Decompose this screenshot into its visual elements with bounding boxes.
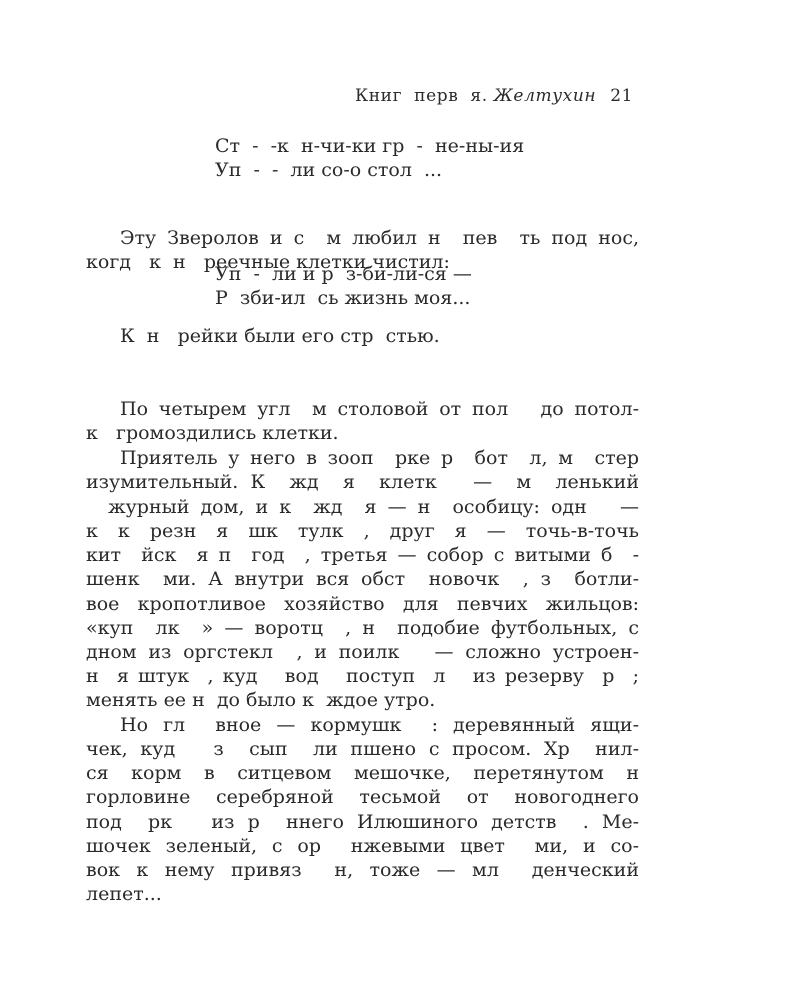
paragraph-line: лепет... [86,882,162,906]
paragraph-line: вок к нему привяз н, тоже — мл денческий [86,858,639,882]
paragraph-line: н я штук , куд вод поступ л из резерву р… [86,664,639,688]
book-label: Книг перв я. [355,86,494,106]
paragraph-line: изумительный. К жд я клетк — м ленький [86,470,639,494]
paragraph-line: к громоздились клетки. [86,421,339,445]
paragraph-line: К н рейки были его стр стью. [120,324,440,348]
paragraph-line: «куп лк » — воротц , н подобие футбольны… [86,616,639,640]
paragraph-line: вое кропотливое хозяйство для певчих жил… [86,592,639,616]
paragraph-line: менять ее н до было к ждое утро. [86,688,435,712]
verse-line: Р зби-ил сь жизнь моя... [215,286,470,310]
paragraph-line: По четырем угл м столовой от пол до пото… [120,397,639,421]
paragraph-line: Но гл вное — кормушк : деревянный ящи- [120,713,639,737]
verse-line: Уп - ли и р з-би-ли-ся — [215,262,472,286]
paragraph-line: ся корм в ситцевом мешочке, перетянутом … [86,761,639,785]
verse-line: Уп - - ли со-о стол ... [215,158,442,182]
paragraph-line: шочек зеленый, с ор нжевыми цвет ми, и с… [86,834,639,858]
paragraph-line: под рк из р ннего Илюшиного детств . Ме- [86,810,639,834]
running-head: Книг перв я. Желтухин21 [355,86,633,106]
book-page: Книг перв я. Желтухин21 Ст - -к н-чи-ки … [0,0,800,1000]
page-number: 21 [610,86,633,106]
paragraph-line: дном из оргстекл , и поилк — сложно устр… [86,640,639,664]
chapter-title: Желтухин [494,86,597,106]
paragraph-line: кит йск я п год , третья — собор с витым… [86,543,639,567]
paragraph-line: Эту Зверолов и с м любил н пев ть под но… [120,226,639,250]
paragraph-line: чек, куд з сып ли пшено с просом. Хр нил… [86,737,639,761]
paragraph-line: горловине серебряной тесьмой от новогодн… [86,785,639,809]
verse-line: Ст - -к н-чи-ки гр - не-ны-ия [215,134,524,158]
paragraph-line: шенк ми. А внутри вся обст новочк , з бо… [86,567,639,591]
paragraph-line: журный дом, и к жд я — н особицу: одн — [86,495,639,519]
paragraph-line: к к резн я шк тулк , друг я — точь-в-точ… [86,519,639,543]
paragraph-line: Приятель у него в зооп рке р бот л, м ст… [120,446,639,470]
